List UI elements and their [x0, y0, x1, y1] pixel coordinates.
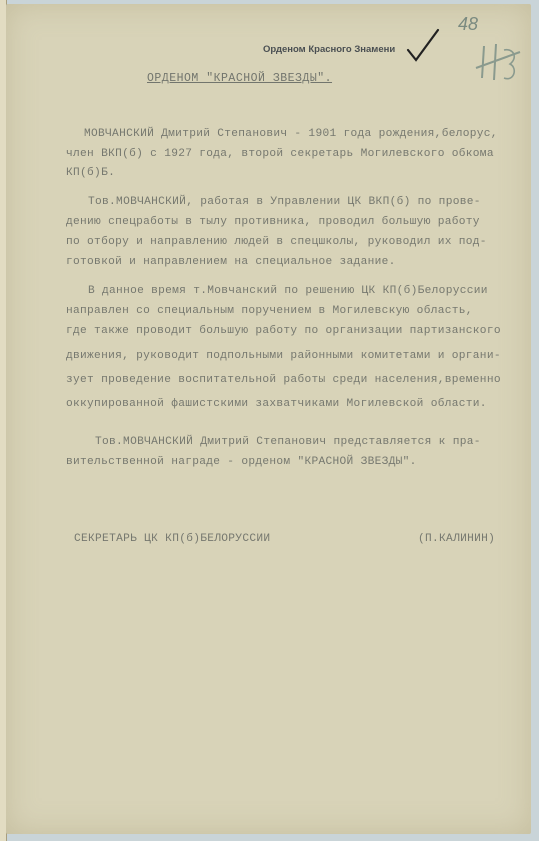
paragraph-2-line-4: готовкой и направлением на специальное з… — [66, 256, 396, 268]
paragraph-4-line-1: Тов.МОВЧАНСКИЙ Дмитрий Степанович предст… — [95, 436, 481, 448]
paragraph-1-line-1: МОВЧАНСКИЙ Дмитрий Степанович - 1901 год… — [84, 128, 498, 140]
paragraph-3-line-3: где также проводит большую работу по орг… — [66, 325, 501, 337]
signature-position: СЕКРЕТАРЬ ЦК КП(б)БЕЛОРУССИИ — [74, 533, 270, 545]
paragraph-1-line-3: КП(б)Б. — [66, 167, 115, 179]
archive-number: 48 — [458, 14, 478, 35]
paragraph-3-line-2: направлен со специальным поручением в Мо… — [66, 305, 473, 317]
checkmark-icon — [406, 26, 440, 64]
document-title: ОРДЕНОМ "КРАСНОЙ ЗВЕЗДЫ". — [147, 72, 332, 85]
paragraph-2-line-1: Тов.МОВЧАНСКИЙ, работая в Управлении ЦК … — [88, 196, 481, 208]
award-stamp: Орденом Красного Знамени — [263, 44, 395, 55]
paragraph-3-line-5: зует проведение воспитательной работы ср… — [66, 374, 501, 386]
paragraph-4-line-2: вительственной награде - орденом "КРАСНО… — [66, 456, 417, 468]
paragraph-2-line-3: по отбору и направлению людей в спецшкол… — [66, 236, 487, 248]
paragraph-3-line-1: В данное время т.Мовчанский по решению Ц… — [88, 285, 488, 297]
signature-name: (П.КАЛИНИН) — [418, 533, 495, 545]
crossed-number-mark — [474, 38, 524, 86]
paragraph-1-line-2: член ВКП(б) с 1927 года, второй секретар… — [66, 148, 494, 160]
paragraph-2-line-2: дению спецработы в тылу противника, пров… — [66, 216, 480, 228]
paragraph-3-line-4: движения, руководит подпольными районным… — [66, 350, 501, 362]
paragraph-3-line-6: оккупированной фашистскими захватчиками … — [66, 398, 487, 410]
